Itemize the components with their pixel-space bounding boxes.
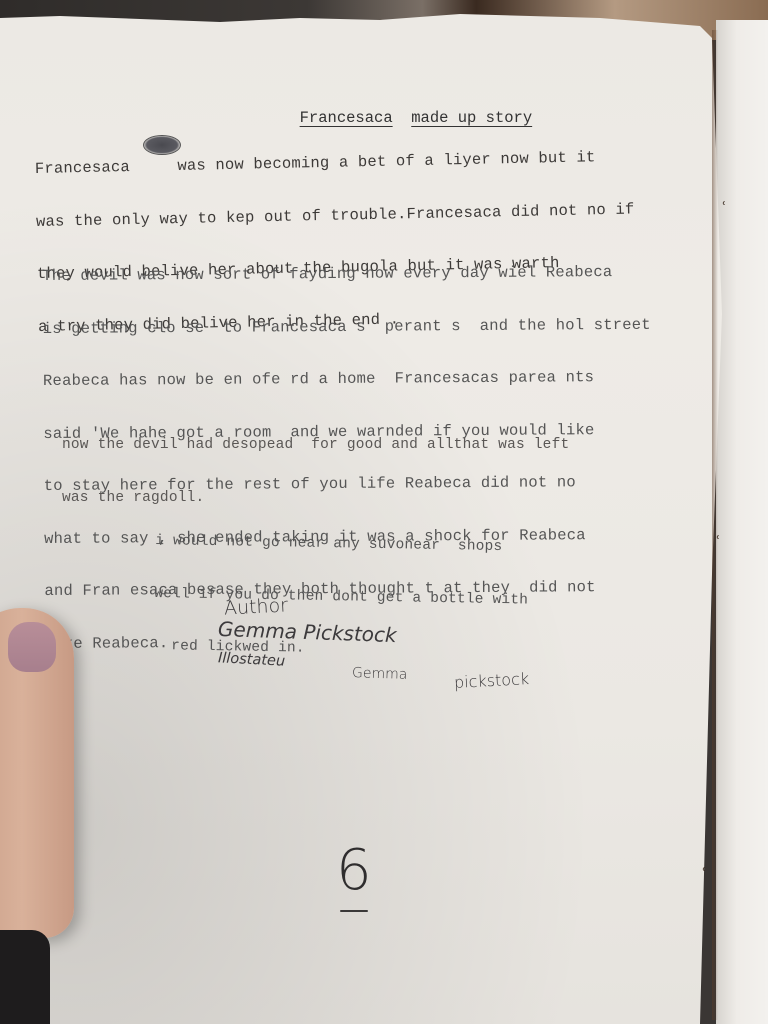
text-line: Reabeca has now be en ofe rd a home Fran… — [43, 369, 651, 391]
text-line: The devil was now sort of fayding now ev… — [42, 264, 650, 286]
text-line: is getting clo se to Francesaca s perant… — [43, 316, 651, 338]
illustrator-last-name: pickstock — [454, 669, 530, 692]
text-line: well if you do then dont get a bottle wi… — [154, 585, 528, 609]
text-line: now the devil had desopead for good and … — [62, 437, 569, 455]
paragraph-4: i would not go near any suvonear shops w… — [153, 498, 530, 679]
illustrator-label: Illostateu — [218, 650, 286, 669]
thumbnail-nail — [8, 622, 56, 672]
author-label: Author — [223, 594, 288, 619]
facing-page-edge — [716, 20, 768, 1024]
page-number: 6 — [336, 838, 372, 903]
staple-mark: ʿ — [702, 866, 706, 882]
text-line: i would not go near any suvonear shops — [155, 533, 529, 557]
staple-mark: ʿ — [716, 534, 720, 550]
page-number-underline — [340, 910, 368, 912]
text-line: Francesaca was now becoming a bet of a l… — [35, 148, 634, 178]
sleeve — [0, 930, 50, 1024]
text-line: was the only way to kep out of trouble.F… — [36, 201, 635, 231]
page-gutter — [712, 30, 718, 1020]
staple-mark: ʿ — [722, 200, 726, 216]
illustrator-first-name: Gemma — [352, 665, 408, 683]
